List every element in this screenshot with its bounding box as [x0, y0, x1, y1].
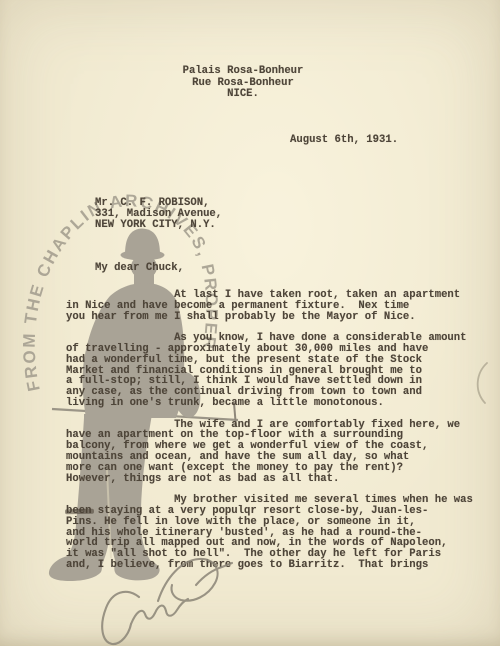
letter-page: FROM THE CHAPLIN ARCHIVES, PROPERTY OF R… — [0, 0, 500, 646]
margin-paren-mark — [478, 363, 487, 403]
pencil-marks — [0, 0, 500, 646]
signature-scrawl — [102, 559, 232, 644]
